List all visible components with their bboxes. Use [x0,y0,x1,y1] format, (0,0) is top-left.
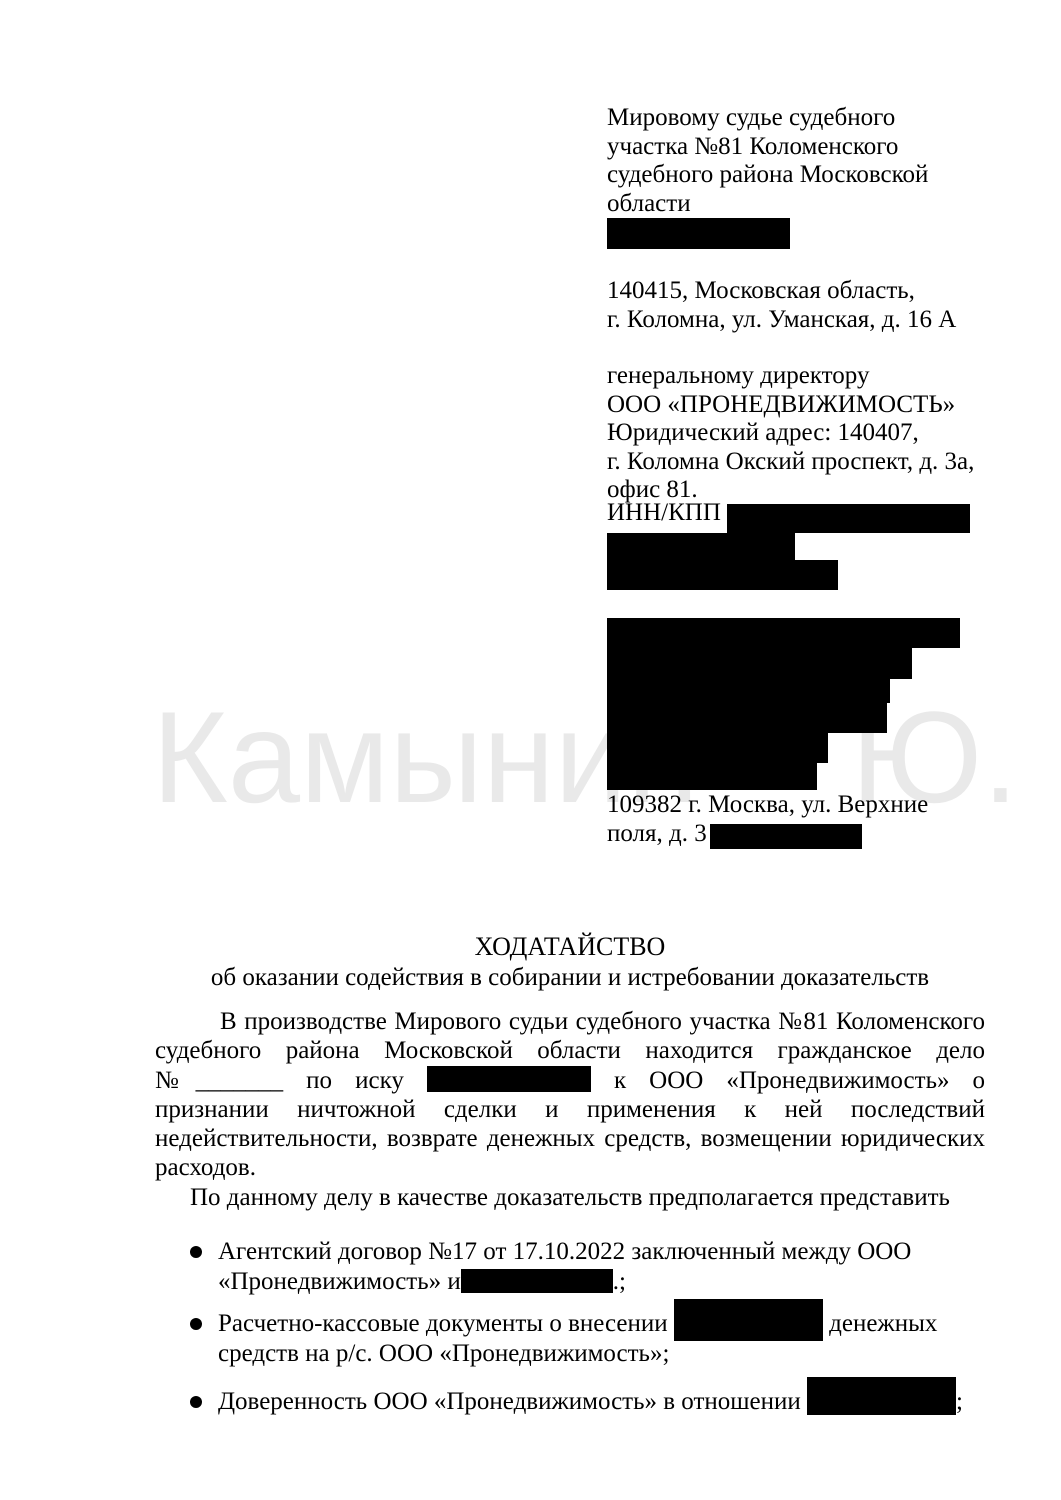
evidence-item-line: «Пронедвижимость» и.; [218,1267,995,1297]
redaction-block [427,1070,591,1092]
redaction-block [674,1313,823,1335]
court-address-line: г. Коломна, ул. Уманская, д. 16 А [607,306,956,335]
redaction-block [607,648,912,679]
evidence-item-text: денежных [829,1310,937,1337]
evidence-item-text: Расчетно-кассовые документы о внесении [218,1310,668,1337]
evidence-item-text: Доверенность ООО «Пронедвижимость» в отн… [218,1388,801,1415]
evidence-item: Расчетно-кассовые документы о внесении д… [190,1309,995,1368]
evidence-item-line: Расчетно-кассовые документы о внесении д… [218,1309,995,1339]
case-number-and-claim: №_______ по иску [155,1067,404,1094]
redaction-block [807,1391,956,1413]
subtitle-block: об оказании содействия в собирании и ист… [155,963,985,993]
redaction-block [461,1271,613,1293]
evidence-item-text: ; [956,1388,963,1415]
moscow-address-line: 109382 г. Москва, ул. Верхние [607,791,928,820]
document-title: ХОДАТАЙСТВО [155,932,985,962]
evidence-item-line: Агентский договор №17 от 17.10.2022 закл… [218,1237,995,1267]
court-line: Мировому судье судебного [607,104,928,133]
redaction-block [710,824,862,849]
evidence-item-line: Доверенность ООО «Пронедвижимость» в отн… [218,1387,995,1417]
respondent-block: генеральному директору ООО «ПРОНЕДВИЖИМО… [607,362,974,505]
respondent-line: генеральному директору [607,362,974,391]
body-line: признании ничтожной сделки и применения … [155,1095,985,1124]
body-line: судебного района Московской области нахо… [155,1036,985,1065]
redaction-block [607,733,828,763]
redaction-block [607,618,960,648]
document-page: Камынин Ю. Мировому судье судебного учас… [0,0,1061,1500]
redaction-block [727,504,970,533]
court-address-line: 140415, Московская область, [607,277,956,306]
defendant-clause: к ООО «Пронедвижимость» о [614,1067,985,1094]
body-line: расходов. [155,1153,985,1182]
evidence-item: Доверенность ООО «Пронедвижимость» в отн… [190,1387,995,1417]
body-line: По данному делу в качестве доказательств… [155,1183,985,1212]
document-subtitle: об оказании содействия в собирании и ист… [155,963,985,993]
court-line: области [607,190,928,219]
body-line: В производстве Мирового судьи судебного … [155,1007,985,1036]
redaction-block [607,218,790,249]
respondent-line: Юридический адрес: 140407, [607,419,974,448]
evidence-item-text: .; [613,1268,626,1295]
main-paragraph: В производстве Мирового судьи судебного … [155,1007,985,1212]
body-line: №_______ по иску к ООО «Пронедвижимость»… [155,1066,985,1095]
court-address-block: 140415, Московская область, г. Коломна, … [607,277,956,334]
evidence-item-text: «Пронедвижимость» и [218,1268,461,1295]
court-line: судебного района Московской [607,161,928,190]
evidence-item: Агентский договор №17 от 17.10.2022 закл… [190,1237,995,1296]
bullet-icon [190,1396,202,1408]
evidence-list: Агентский договор №17 от 17.10.2022 закл… [190,1237,995,1417]
court-line: участка №81 Коломенского [607,133,928,162]
body-line: недействительности, возврате денежных ср… [155,1124,985,1153]
inn-kpp-label: ИНН/КПП [607,499,721,528]
inn-kpp-line: ИНН/КПП [607,499,721,528]
evidence-item-line: средств на р/с. ООО «Пронедвижимость»; [218,1339,995,1369]
redaction-block [607,560,838,590]
redaction-block [607,703,887,733]
title-block: ХОДАТАЙСТВО [155,932,985,962]
redaction-block [607,679,890,703]
respondent-line: ООО «ПРОНЕДВИЖИМОСТЬ» [607,391,974,420]
addressee-court-block: Мировому судье судебного участка №81 Кол… [607,104,928,218]
bullet-icon [190,1246,202,1258]
respondent-line: г. Коломна Окский проспект, д. 3а, [607,448,974,477]
redaction-block [607,763,817,790]
redaction-block [607,533,795,560]
bullet-icon [190,1318,202,1330]
